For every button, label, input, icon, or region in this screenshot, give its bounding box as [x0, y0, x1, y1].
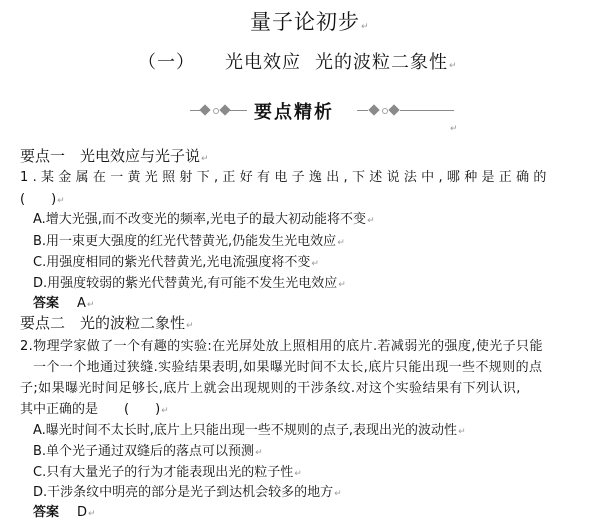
question-2-option-d: D.干涉条纹中明亮的部分是光子到达机会较多的地方↵: [33, 481, 342, 500]
paragraph-mark-icon: ↵: [294, 469, 302, 479]
question-1-option-c: C.用强度相同的紫光代替黄光,光电流强度将不变↵: [33, 251, 319, 270]
question-2-line2: 一个一个地通过狭缝.实验结果表明,如果曝光时间不太长,底片只能出现一些不规则的点: [33, 356, 542, 375]
question-1-answer: 答案A↵: [33, 292, 94, 311]
option-text: C.用强度相同的紫光代替黄光,光电流强度将不变: [33, 255, 310, 270]
divider-line-icon: [230, 110, 247, 111]
divider-line-icon: [357, 110, 368, 111]
subtitle-part2: 光的波粒二象性: [315, 52, 448, 73]
answer-value: D: [77, 505, 87, 520]
paragraph-mark-icon: ↵: [338, 280, 346, 290]
heading-text: 要点一 光电效应与光子说: [20, 147, 200, 165]
answer-label: 答案: [33, 505, 59, 520]
question-2-line4: 其中正确的是 ( )↵: [20, 398, 169, 417]
option-text: B.单个光子通过双缝后的落点可以预测: [33, 444, 254, 459]
document-title: 量子论初步↵: [250, 6, 370, 36]
diamond-icon: [388, 104, 399, 115]
paragraph-mark-icon: ↵: [450, 124, 458, 134]
paragraph-mark-icon: ↵: [255, 448, 263, 458]
option-text: A.曝光时间不太长时,底片上只能出现一些不规则的点子,表现出光的波动性: [33, 423, 457, 438]
paragraph-mark-icon: ↵: [161, 406, 169, 416]
paragraph-mark-icon: ↵: [337, 238, 345, 248]
question-1-line2: ( )↵: [20, 188, 65, 207]
paragraph-mark-icon: ↵: [458, 427, 466, 437]
document-subtitle: （一）光电效应光的波粒二象性↵: [138, 48, 458, 74]
dot-icon: [213, 108, 219, 114]
title-text: 量子论初步: [250, 10, 360, 34]
paragraph-mark-icon: ↵: [367, 216, 375, 226]
option-text: A.增大光强,而不改变光的频率,光电子的最大初动能将不变: [33, 212, 366, 227]
question-2-option-a: A.曝光时间不太长时,底片上只能出现一些不规则的点子,表现出光的波动性↵: [33, 419, 466, 438]
paragraph-mark-icon: ↵: [88, 509, 96, 519]
subtitle-part1: 光电效应: [225, 52, 301, 73]
blank-parens: ( ): [20, 192, 56, 207]
paragraph-mark-icon: ↵: [361, 22, 370, 32]
option-text: C.只有大量光子的行为才能表现出光的粒子性: [33, 465, 293, 480]
question-1-option-d: D.用强度较弱的紫光代替黄光,有可能不发生光电效应↵: [33, 272, 346, 291]
question-text: 其中正确的是 ( ): [20, 402, 160, 417]
question-1-option-b: B.用一束更大强度的红光代替黄光,仍能发生光电效应↵: [33, 230, 345, 249]
banner-label: 要点精析: [254, 98, 334, 124]
question-1-option-a: A.增大光强,而不改变光的频率,光电子的最大初动能将不变↵: [33, 208, 375, 227]
dot-icon: [382, 108, 388, 114]
option-text: D.干涉条纹中明亮的部分是光子到达机会较多的地方: [33, 485, 333, 500]
paragraph-mark-icon: ↵: [311, 259, 319, 269]
paragraph-mark-icon: ↵: [57, 196, 65, 206]
section-banner: 要点精析: [190, 98, 430, 124]
question-1-line1: 1.某金属在一黄光照射下,正好有电子逸出,下述说法中,哪种是正确的: [20, 166, 551, 185]
answer-value: A: [77, 296, 86, 311]
question-2-answer: 答案D↵: [33, 501, 96, 520]
question-2-option-b: B.单个光子通过双缝后的落点可以预测↵: [33, 440, 263, 459]
heading-text: 要点二 光的波粒二象性: [20, 314, 185, 332]
option-text: B.用一束更大强度的红光代替黄光,仍能发生光电效应: [33, 234, 336, 249]
paragraph-mark-icon: ↵: [449, 61, 458, 71]
question-2-option-c: C.只有大量光子的行为才能表现出光的粒子性↵: [33, 461, 302, 480]
point-heading-2: 要点二 光的波粒二象性↵: [20, 312, 194, 333]
subtitle-number: （一）: [138, 52, 195, 73]
paragraph-mark-icon: ↵: [186, 321, 194, 331]
diamond-icon: [219, 104, 230, 115]
paragraph-mark-icon: ↵: [334, 489, 342, 499]
answer-label: 答案: [33, 296, 59, 311]
diamond-icon: [199, 104, 210, 115]
question-2-line1: 2.物理学家做了一个有趣的实验:在光屏处放上照相用的底片.若减弱光的强度,使光子…: [20, 335, 543, 354]
option-text: D.用强度较弱的紫光代替黄光,有可能不发生光电效应: [33, 276, 337, 291]
question-2-line3: 子;如果曝光时间足够长,底片上就会出现规则的干涉条纹.对这个实验结果有下列认识,: [20, 377, 521, 396]
paragraph-mark-icon: ↵: [201, 154, 209, 164]
paragraph-mark-icon: ↵: [87, 300, 95, 310]
divider-line-icon: [400, 110, 454, 111]
point-heading-1: 要点一 光电效应与光子说↵: [20, 145, 209, 166]
diamond-icon: [368, 104, 379, 115]
